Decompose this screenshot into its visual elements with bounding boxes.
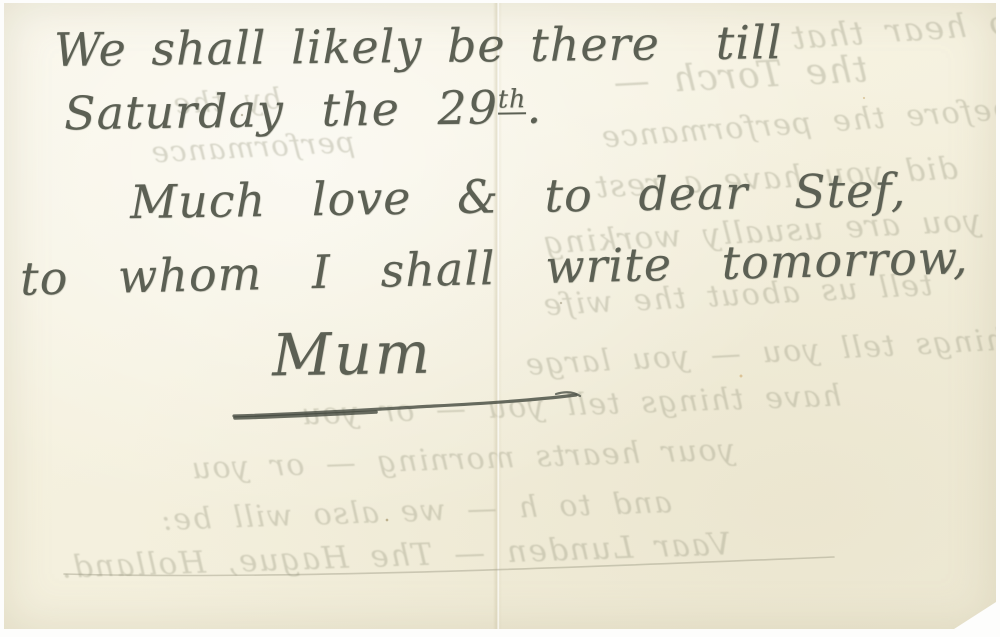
paper-grain-texture bbox=[4, 3, 996, 629]
scan-canvas: to hear that by the performance the Torc… bbox=[0, 0, 1000, 637]
letter-paper: to hear that by the performance the Torc… bbox=[4, 3, 996, 629]
